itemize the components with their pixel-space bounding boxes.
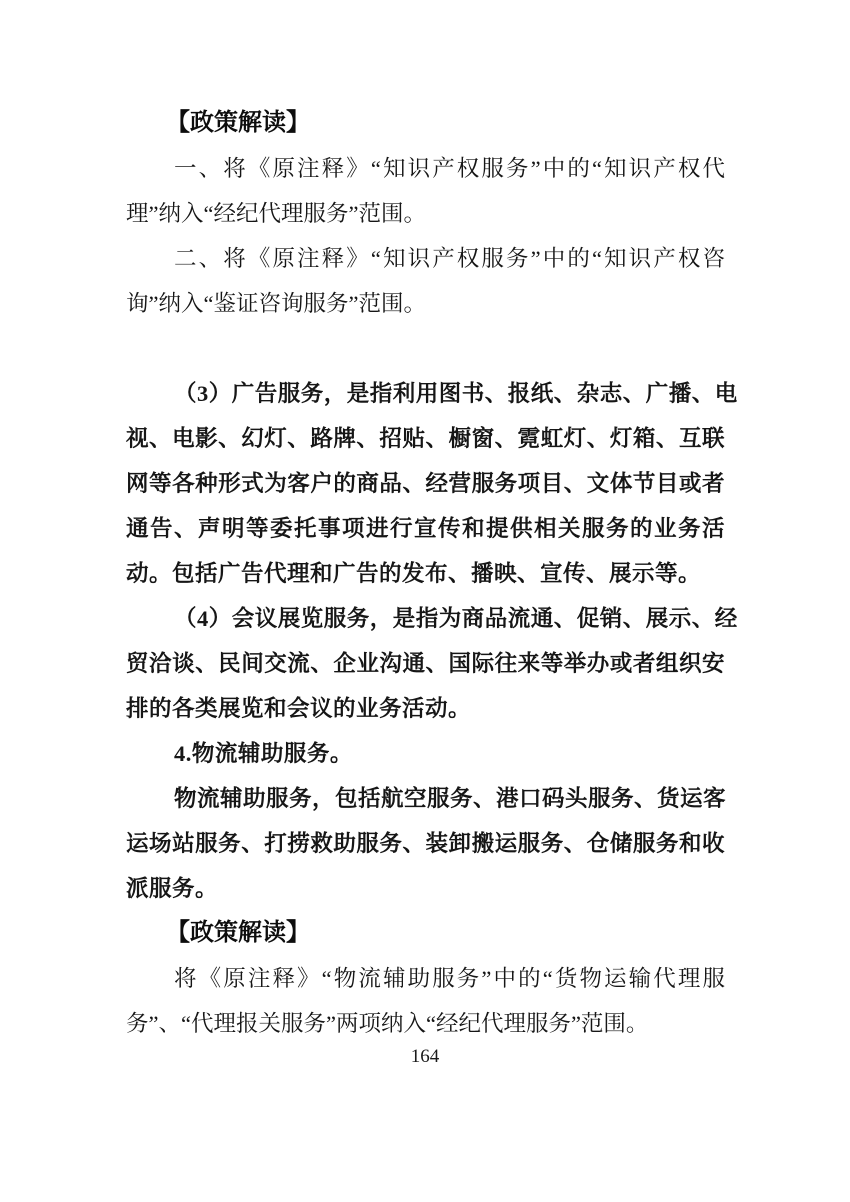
blank-line <box>126 326 725 371</box>
text-line: 理”纳入“经纪代理服务”范围。 <box>126 191 725 236</box>
text-line: 物流辅助服务，包括航空服务、港口码头服务、货运客 <box>126 776 725 821</box>
text-line: （4）会议展览服务，是指为商品流通、促销、展示、经 <box>126 596 725 641</box>
page-number: 164 <box>0 1044 850 1070</box>
text-line: （3）广告服务，是指利用图书、报纸、杂志、广播、电 <box>126 371 725 416</box>
text-line: 一、将《原注释》“知识产权服务”中的“知识产权代 <box>126 146 725 191</box>
text-line: 运场站服务、打捞救助服务、装卸搬运服务、仓储服务和收 <box>126 821 725 866</box>
text-line: 二、将《原注释》“知识产权服务”中的“知识产权咨 <box>126 236 725 281</box>
text-line: 派服务。 <box>126 866 725 911</box>
text-line: 动。包括广告代理和广告的发布、播映、宣传、展示等。 <box>126 551 725 596</box>
text-line: 询”纳入“鉴证咨询服务”范围。 <box>126 281 725 326</box>
text-line: 视、电影、幻灯、路牌、招贴、橱窗、霓虹灯、灯箱、互联 <box>126 416 725 461</box>
document-page: 【政策解读】 一、将《原注释》“知识产权服务”中的“知识产权代 理”纳入“经纪代… <box>0 0 850 1202</box>
text-line: 通告、声明等委托事项进行宣传和提供相关服务的业务活 <box>126 506 725 551</box>
text-line: 务”、“代理报关服务”两项纳入“经纪代理服务”范围。 <box>126 1001 725 1046</box>
section-heading-policy-interpretation: 【政策解读】 <box>126 101 725 146</box>
text-line: 将《原注释》“物流辅助服务”中的“货物运输代理服 <box>126 956 725 1001</box>
section-heading-policy-interpretation: 【政策解读】 <box>126 911 725 956</box>
text-line: 4.物流辅助服务。 <box>126 731 725 776</box>
text-column: 【政策解读】 一、将《原注释》“知识产权服务”中的“知识产权代 理”纳入“经纪代… <box>126 101 725 1046</box>
text-line: 排的各类展览和会议的业务活动。 <box>126 686 725 731</box>
text-line: 网等各种形式为客户的商品、经营服务项目、文体节目或者 <box>126 461 725 506</box>
text-line: 贸洽谈、民间交流、企业沟通、国际往来等举办或者组织安 <box>126 641 725 686</box>
